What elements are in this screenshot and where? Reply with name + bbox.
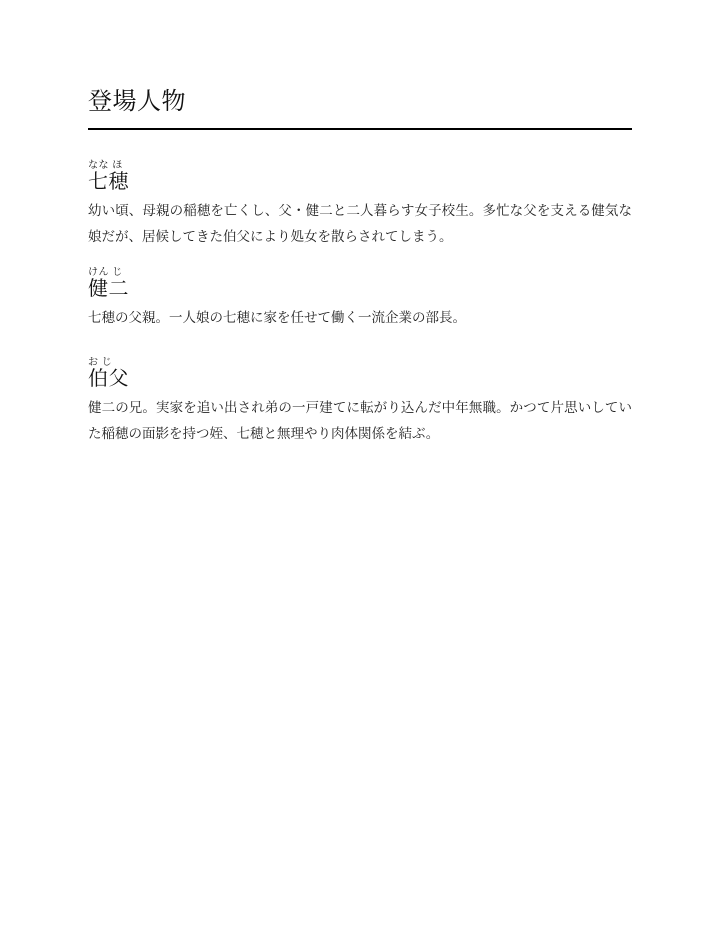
character-furigana: お じ <box>88 357 632 368</box>
character-furigana: なな ほ <box>88 160 632 171</box>
character-name: 七穂 <box>88 171 632 194</box>
title-rule <box>88 128 632 130</box>
character-entry-oji: お じ 伯父 健二の兄。実家を追い出され弟の一戸建てに転がり込んだ中年無職。かつ… <box>88 357 632 447</box>
character-furigana: けん じ <box>88 267 632 278</box>
character-name: 伯父 <box>88 368 632 391</box>
character-description: 健二の兄。実家を追い出され弟の一戸建てに転がり込んだ中年無職。かつて片思いしてい… <box>88 395 632 447</box>
document-page: 登場人物 なな ほ 七穂 幼い頃、母親の稲穂を亡くし、父・健二と二人暮らす女子校… <box>0 0 720 932</box>
character-entry-kenji: けん じ 健二 七穂の父親。一人娘の七穂に家を任せて働く一流企業の部長。 <box>88 267 632 331</box>
character-description: 七穂の父親。一人娘の七穂に家を任せて働く一流企業の部長。 <box>88 305 632 331</box>
character-entry-nanaho: なな ほ 七穂 幼い頃、母親の稲穂を亡くし、父・健二と二人暮らす女子校生。多忙な… <box>88 160 632 250</box>
character-name: 健二 <box>88 278 632 301</box>
page-title: 登場人物 <box>88 88 632 117</box>
character-description: 幼い頃、母親の稲穂を亡くし、父・健二と二人暮らす女子校生。多忙な父を支える健気な… <box>88 198 632 250</box>
